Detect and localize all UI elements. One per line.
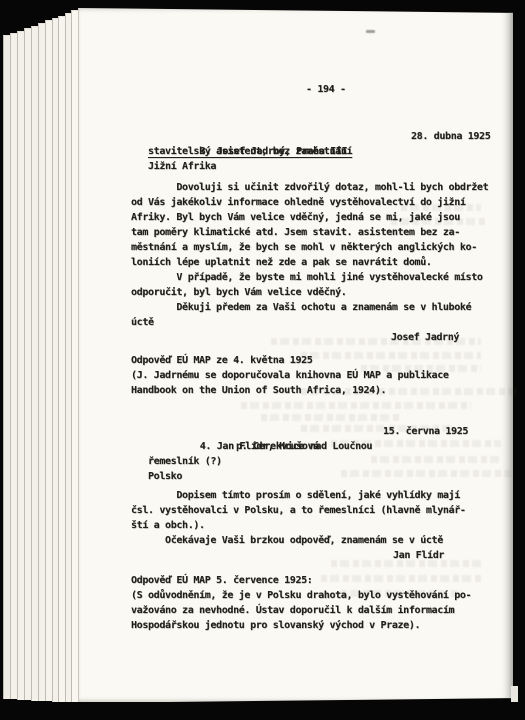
text-line: ští a obch.). [131,518,505,533]
text-line: Dopisem tímto prosím o sdělení, jaké vyh… [131,488,505,503]
page-number: - 194 - [131,82,505,97]
text-line: od Vás jakékoliv informace ohledně vystě… [131,195,505,210]
occupation-line: řemeslník (?) [131,454,505,469]
occupation-text: stavitelský asistent, bez zaměstnání [148,146,352,157]
reply-note: Odpověď EÚ MAP ze 4. května 1925(J. Jadr… [131,353,505,398]
text-line: Odpověď EÚ MAP 5. července 1925: [131,573,505,588]
page-edge-sliver [511,686,518,702]
letter-date: 28. dubna 1925 [411,129,490,144]
text-line: odporučit, byl bych Vám velice vděčný. [131,285,505,300]
letter-heading-row: 3. Josef Jadrný, Praha III 28. dubna 192… [131,129,505,144]
document-page: - 194 - 3. Josef Jadrný, Praha III 28. d… [78,8,513,702]
text-line: Odpověď EÚ MAP ze 4. května 1925 [131,353,505,368]
text-line: Hospodářskou jednotu pro slovanský výcho… [131,618,505,633]
reply-note: Odpověď EÚ MAP 5. července 1925:(S odůvo… [131,573,505,633]
text-line: V případě, že byste mi mohli jiné vystěh… [131,270,505,285]
address-line: p. Cerekvice nad Loučnou [131,439,505,454]
text-line: Handbook on the Union of South Africa, 1… [131,383,505,398]
signature: Jan Flídr [131,548,505,563]
text-line: loniích lépe uplatnit než zde a pak se n… [131,255,505,270]
text-line: tam poměry klimatické atd. Jsem stavit. … [131,225,505,240]
text-line: Afriky. Byl bych Vám velice vděčný, jedn… [131,210,505,225]
text-line: (J. Jadrnému se doporučovala knihovna EÚ… [131,368,505,383]
scan-speck [366,30,375,33]
text-line: úctě [131,315,505,330]
letter-body: Dopisem tímto prosím o sdělení, jaké vyh… [131,488,505,548]
text-line: Očekávaje Vaši brzkou odpověď, znamenám … [131,533,505,548]
text-line: Děkuji předem za Vaši ochotu a znamenám … [131,300,505,315]
letter-entry-4: 4. Jan Flídr, Hrušová 15. června 1925 p.… [131,424,505,633]
text-line: Dovoluji si učinit zdvořilý dotaz, mohl-… [131,180,505,195]
page-text: - 194 - 3. Josef Jadrný, Praha III 28. d… [131,82,505,633]
letter-date: 15. června 1925 [383,424,468,439]
text-line: važováno za nevhodné. Ústav doporučil k … [131,603,505,618]
letter-entry-3: 3. Josef Jadrný, Praha III 28. dubna 192… [131,129,505,398]
signature: Josef Jadrný [131,330,505,345]
text-line: (S odůvodněním, že je v Polsku drahota, … [131,588,505,603]
text-line: čsl. vystěhovalci v Polsku, a to řemesln… [131,503,505,518]
occupation-line: stavitelský asistent, bez zaměstnání [131,144,505,159]
destination-line: Jižní Afrika [131,159,505,174]
text-line: městnání a myslím, že bych se mohl v něk… [131,240,505,255]
letter-body: Dovoluji si učinit zdvořilý dotaz, mohl-… [131,180,505,330]
letter-heading-row: 4. Jan Flídr, Hrušová 15. června 1925 [131,424,505,439]
destination-line: Polsko [131,469,505,484]
